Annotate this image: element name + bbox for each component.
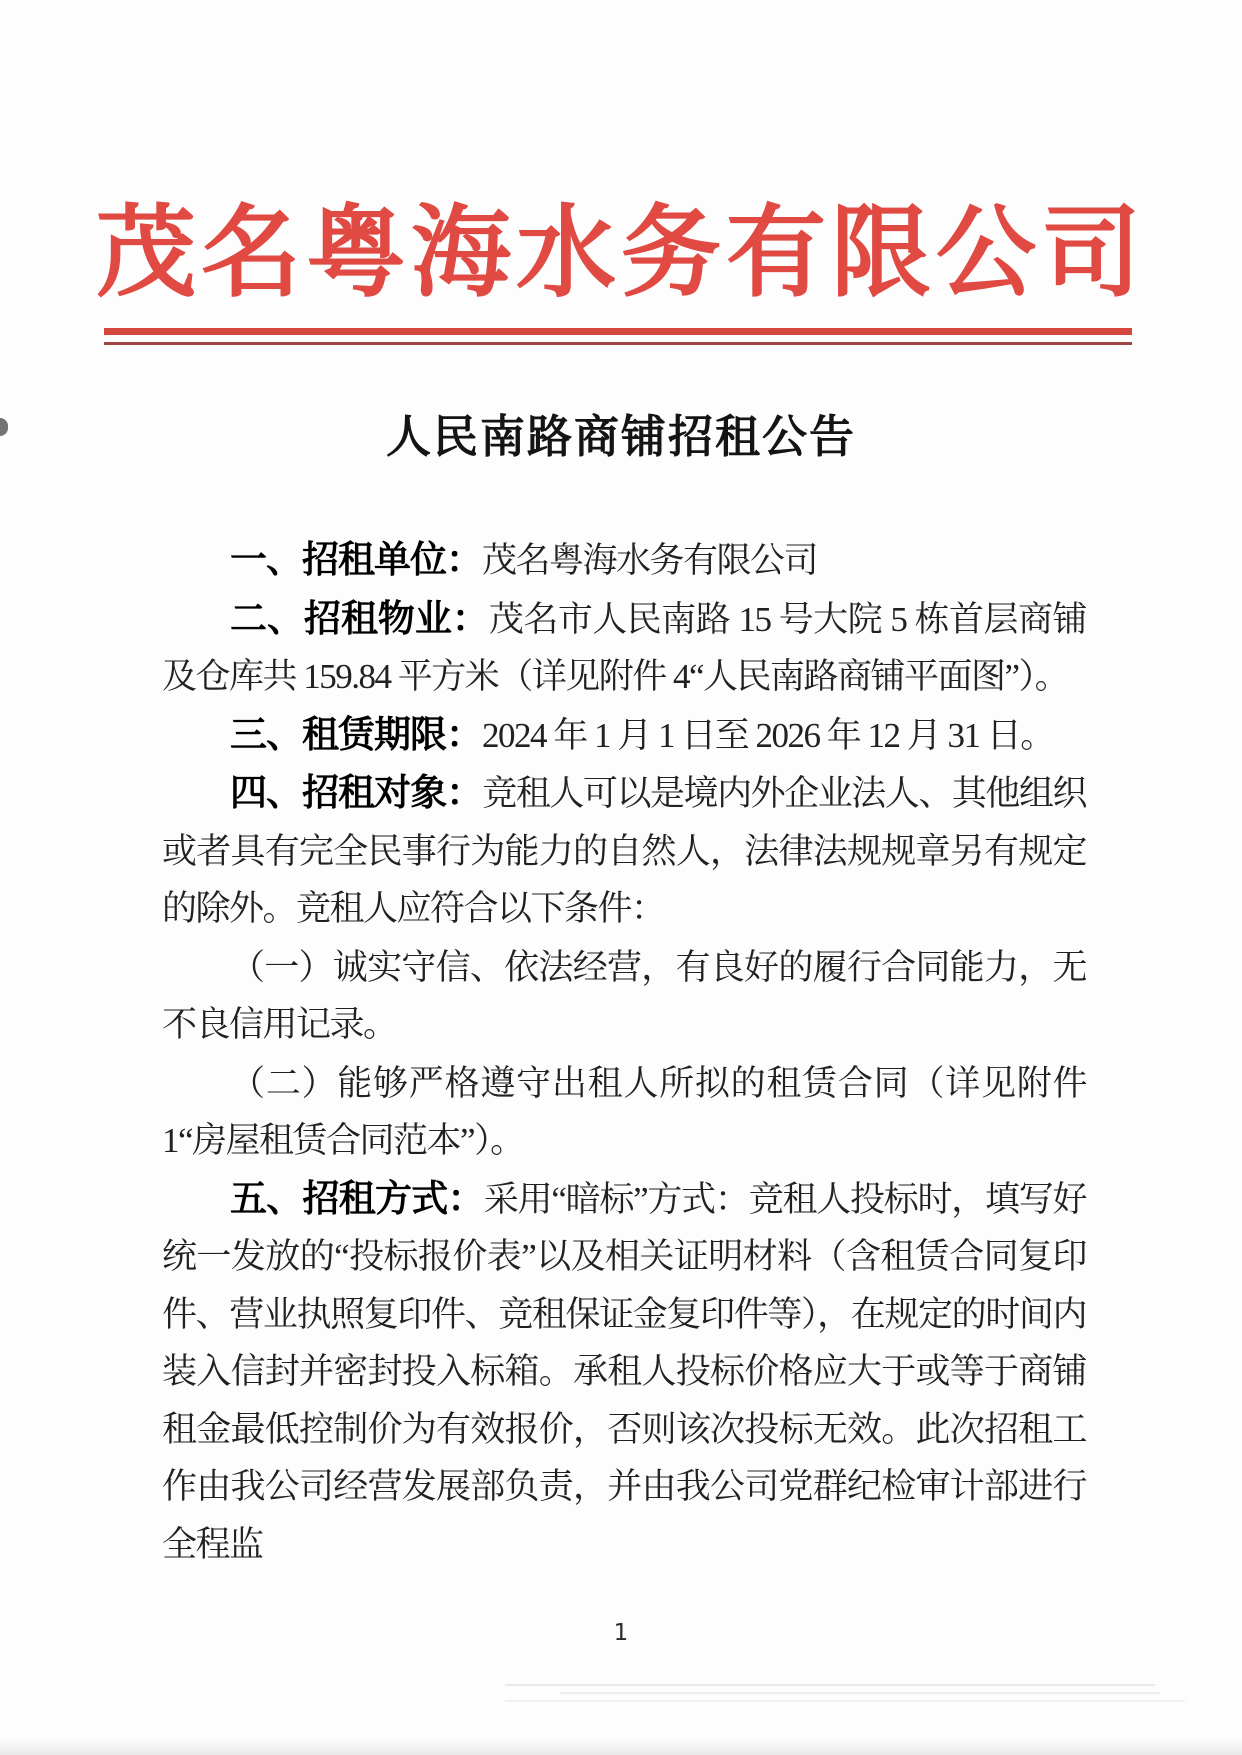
- section-label: 三、租赁期限：: [230, 714, 482, 755]
- company-letterhead: 茂名粤海水务有限公司: [0, 200, 1242, 308]
- section-label: 四、招租对象：: [230, 772, 482, 813]
- paragraph-lease-term: 三、租赁期限：2024 年 1 月 1 日至 2026 年 12 月 31 日。: [162, 706, 1086, 765]
- scan-streak-artifact: [505, 1700, 1185, 1702]
- letterhead-rule-thick: [104, 328, 1132, 335]
- document-body: 一、招租单位：茂名粤海水务有限公司 二、招租物业：茂名市人民南路 15 号大院 …: [162, 531, 1086, 1573]
- section-text: 茂名粤海水务有限公司: [482, 541, 817, 580]
- section-label: 一、招租单位：: [230, 539, 482, 580]
- scan-bottom-shadow: [0, 1739, 1242, 1755]
- section-text: （二）能够严格遵守出租人所拟的租赁合同（详见附件 1“房屋租赁合同范本”）。: [162, 1064, 1086, 1161]
- document-title: 人民南路商铺招租公告: [0, 412, 1242, 462]
- paragraph-rental-targets: 四、招租对象：竞租人可以是境内外企业法人、其他组织或者具有完全民事行为能力的自然…: [162, 764, 1086, 938]
- section-label: 二、招租物业：: [230, 598, 489, 639]
- scanned-document-page: 茂名粤海水务有限公司 人民南路商铺招租公告 一、招租单位：茂名粤海水务有限公司 …: [0, 0, 1242, 1755]
- section-text: （一）诚实守信、依法经营，有良好的履行合同能力，无不良信用记录。: [162, 948, 1086, 1045]
- scan-streak-artifact: [560, 1692, 1160, 1694]
- section-label: 五、招租方式：: [230, 1178, 484, 1219]
- paragraph-rental-method: 五、招租方式：采用“暗标”方式：竞租人投标时，填写好统一发放的“投标报价表”以及…: [162, 1170, 1086, 1574]
- section-text: 2024 年 1 月 1 日至 2026 年 12 月 31 日。: [482, 716, 1054, 755]
- section-text: 采用“暗标”方式：竞租人投标时，填写好统一发放的“投标报价表”以及相关证明材料（…: [162, 1180, 1086, 1564]
- paragraph-rental-unit: 一、招租单位：茂名粤海水务有限公司: [162, 531, 1086, 590]
- paragraph-condition-1: （一）诚实守信、依法经营，有良好的履行合同能力，无不良信用记录。: [162, 938, 1086, 1054]
- page-number: 1: [0, 1620, 1242, 1646]
- scan-streak-artifact: [505, 1684, 1155, 1686]
- paragraph-rental-property: 二、招租物业：茂名市人民南路 15 号大院 5 栋首层商铺及仓库共 159.84…: [162, 590, 1086, 706]
- letterhead-rule-thin: [104, 342, 1132, 345]
- paragraph-condition-2: （二）能够严格遵守出租人所拟的租赁合同（详见附件 1“房屋租赁合同范本”）。: [162, 1054, 1086, 1170]
